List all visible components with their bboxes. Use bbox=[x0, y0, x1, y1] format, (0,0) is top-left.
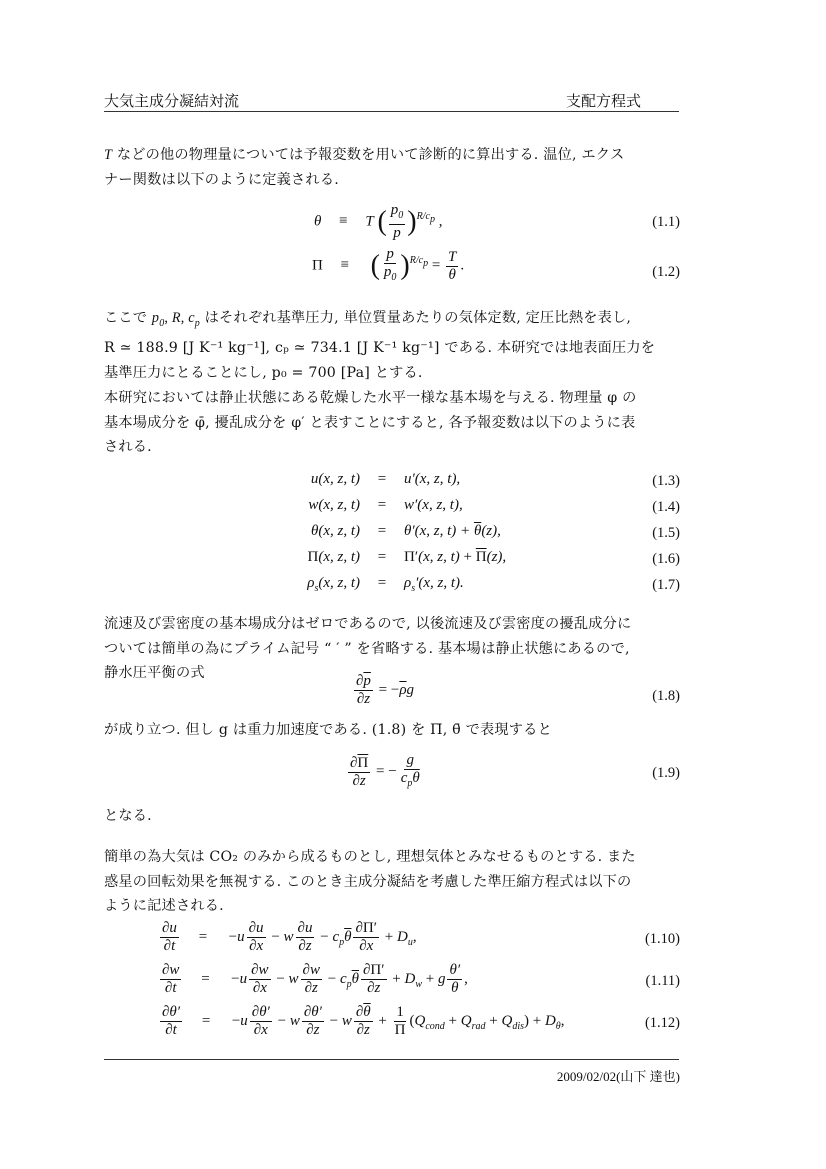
paragraph-basic-state: 本研究においては静止状態にある乾燥した水平一様な基本場を与える. 物理量 φ の… bbox=[104, 386, 680, 460]
equation-number: (1.1) bbox=[652, 214, 680, 231]
equation-1-7: ρs(x, z, t)=ρs′(x, z, t). bbox=[270, 575, 464, 594]
header-rule bbox=[104, 111, 679, 112]
equation-number: (1.10) bbox=[645, 931, 680, 948]
equation-1-3: u(x, z, t)=u′(x, z, t), bbox=[270, 471, 460, 488]
equation-number: (1.2) bbox=[652, 264, 680, 281]
equation-1-12: ∂θ′∂t= −u∂θ′∂x − w∂θ′∂z − w∂θ∂z + 1Π(Qco… bbox=[158, 1004, 564, 1039]
paragraph-constants: ここで p0, R, cp はそれぞれ基準圧力, 単位質量あたりの気体定数, 定… bbox=[104, 306, 680, 385]
equation-1-6: Π(x, z, t)=Π′(x, z, t) + Π(z), bbox=[270, 549, 506, 566]
equation-1-9: ∂Π∂z = −gcpθ bbox=[346, 752, 424, 792]
equation-number: (1.7) bbox=[652, 577, 680, 594]
paragraph-result: となる. bbox=[104, 804, 680, 829]
equation-number: (1.6) bbox=[652, 551, 680, 568]
paragraph-gravity: が成り立つ. 但し g は重力加速度である. (1.8) を Π̄, θ̄ で表… bbox=[104, 718, 680, 743]
footer-rule bbox=[104, 1059, 679, 1060]
equation-1-5: θ(x, z, t)=θ′(x, z, t) + θ(z), bbox=[270, 523, 501, 540]
equation-number: (1.5) bbox=[652, 525, 680, 542]
running-header-section: 支配方程式 bbox=[566, 90, 641, 111]
equation-number: (1.12) bbox=[645, 1015, 680, 1032]
footer-date-author: 2009/02/02(山下 達也) bbox=[557, 1066, 680, 1085]
equation-1-2: Π≡ (pp0)R/cp = Tθ. bbox=[312, 246, 464, 286]
equation-1-11: ∂w∂t= −u∂w∂x − w∂w∂z − cpθ∂Π′∂z + Dw + g… bbox=[158, 962, 468, 997]
equation-number: (1.4) bbox=[652, 499, 680, 516]
running-header-title: 大気主成分凝結対流 bbox=[104, 90, 239, 111]
paragraph-governing: 簡単の為大気は CO₂ のみから成るものとし, 理想気体とみなせるものとする. … bbox=[104, 845, 680, 919]
paragraph-intro: T などの他の物理量については予報変数を用いて診断的に算出する. 温位, エクス… bbox=[104, 143, 680, 192]
equation-number: (1.8) bbox=[652, 688, 680, 705]
equation-1-4: w(x, z, t)=w′(x, z, t), bbox=[270, 497, 463, 514]
equation-number: (1.3) bbox=[652, 473, 680, 490]
equation-number: (1.9) bbox=[652, 765, 680, 782]
equation-1-1: θ≡T (p0p)R/cp , bbox=[314, 202, 442, 242]
equation-number: (1.11) bbox=[646, 973, 681, 990]
equation-1-8: ∂p∂z = −ρg bbox=[352, 673, 414, 708]
equation-1-10: ∂u∂t= −u∂u∂x − w∂u∂z − cpθ∂Π′∂x + Du, bbox=[158, 920, 417, 955]
